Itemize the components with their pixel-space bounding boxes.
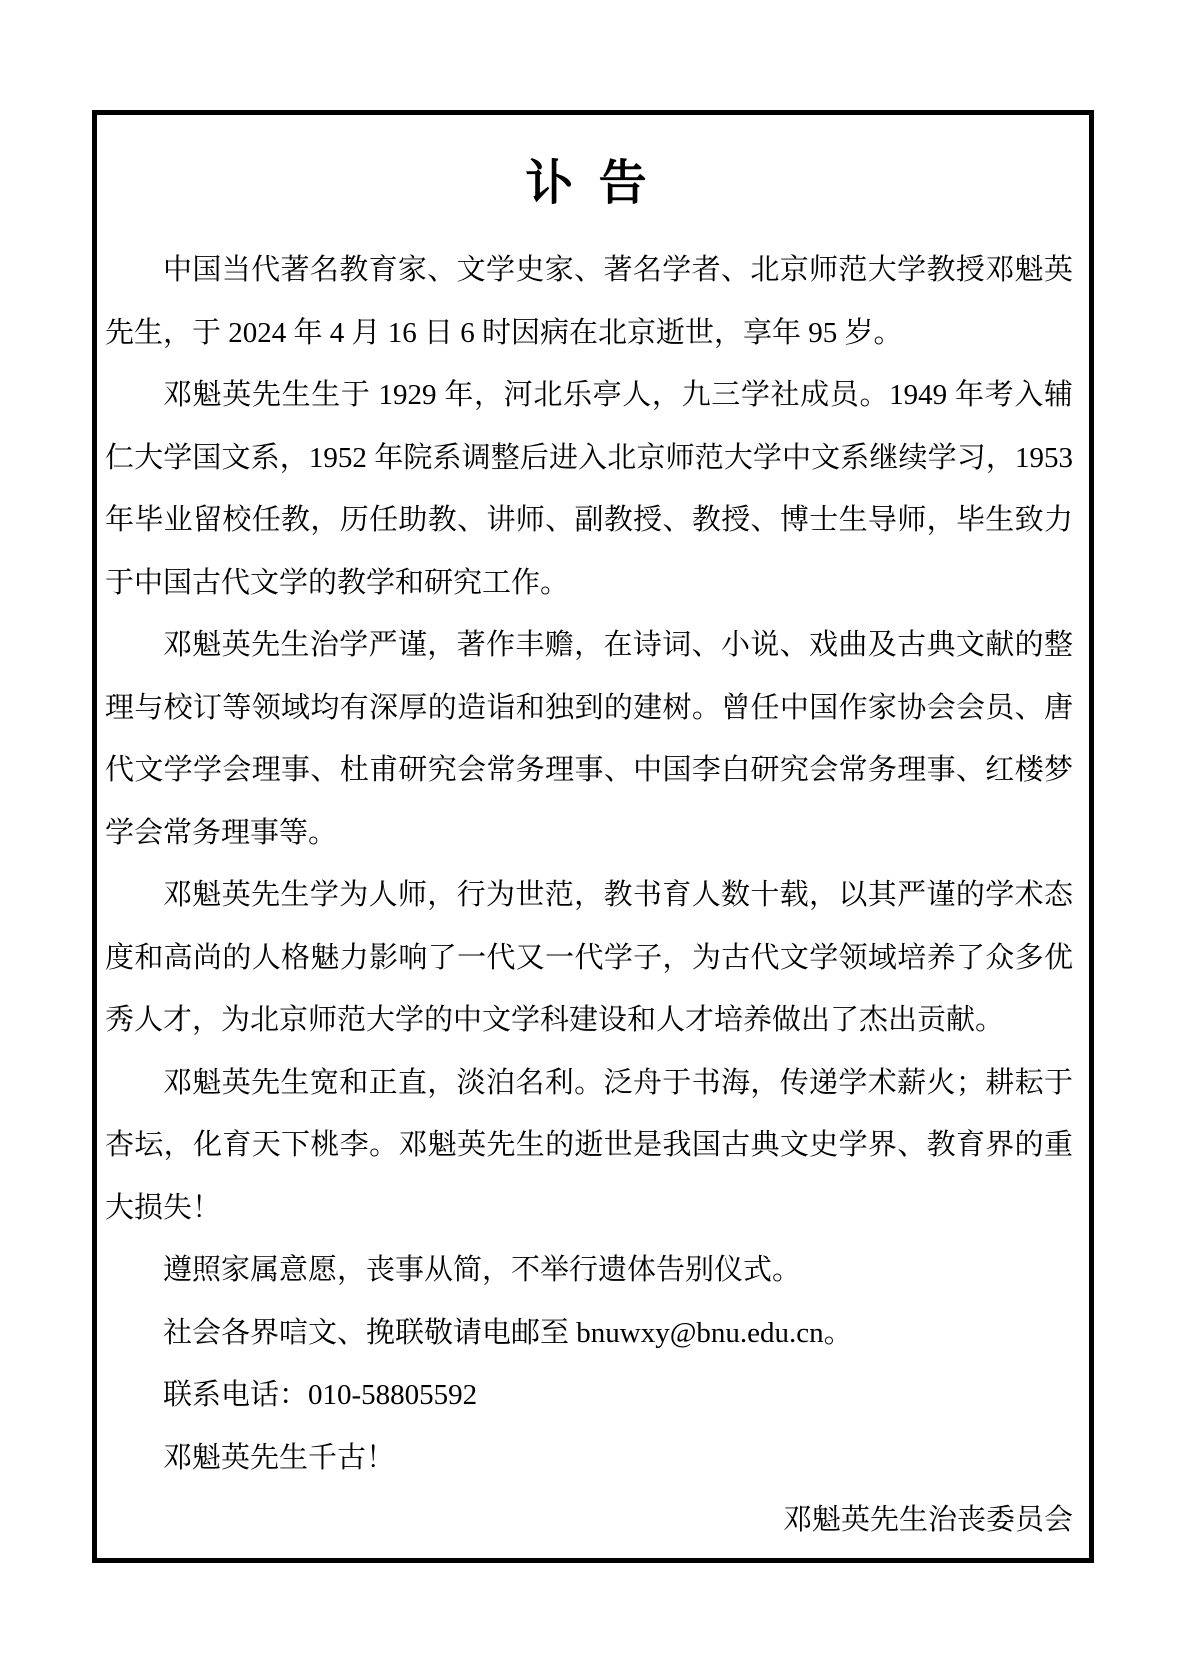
- paragraph-funeral-arrangement: 遵照家属意愿，丧事从简，不举行遗体告别仪式。: [105, 1239, 1073, 1302]
- paragraph-eternal-memory: 邓魁英先生千古！: [105, 1427, 1073, 1490]
- paragraph-condolence-email: 社会各界唁文、挽联敬请电邮至 bnuwxy@bnu.edu.cn。: [105, 1302, 1073, 1365]
- paragraph-character-tribute: 邓魁英先生宽和正直，淡泊名利。泛舟于书海，传递学术薪火；耕耘于杏坛，化育天下桃李…: [105, 1052, 1073, 1240]
- notice-title: 讣 告: [105, 153, 1073, 215]
- signature-date: 2024 年 4 月 16 日: [105, 1552, 1073, 1564]
- paragraph-death-announcement: 中国当代著名教育家、文学史家、著名学者、北京师范大学教授邓魁英先生，于 2024…: [105, 239, 1073, 364]
- paragraph-biography: 邓魁英先生生于 1929 年，河北乐亭人，九三学社成员。1949 年考入辅仁大学…: [105, 364, 1073, 614]
- notice-body: 中国当代著名教育家、文学史家、著名学者、北京师范大学教授邓魁英先生，于 2024…: [105, 239, 1073, 1563]
- committee-signature: 邓魁英先生治丧委员会: [105, 1489, 1073, 1552]
- signature-block: 邓魁英先生治丧委员会 2024 年 4 月 16 日: [105, 1489, 1073, 1563]
- notice-border-box: 讣 告 中国当代著名教育家、文学史家、著名学者、北京师范大学教授邓魁英先生，于 …: [92, 110, 1094, 1563]
- paragraph-scholarship: 邓魁英先生治学严谨，著作丰赡，在诗词、小说、戏曲及古典文献的整理与校订等领域均有…: [105, 614, 1073, 864]
- paragraph-teaching-contribution: 邓魁英先生学为人师，行为世范，教书育人数十载，以其严谨的学术态度和高尚的人格魅力…: [105, 864, 1073, 1052]
- paragraph-contact-phone: 联系电话：010-58805592: [105, 1364, 1073, 1427]
